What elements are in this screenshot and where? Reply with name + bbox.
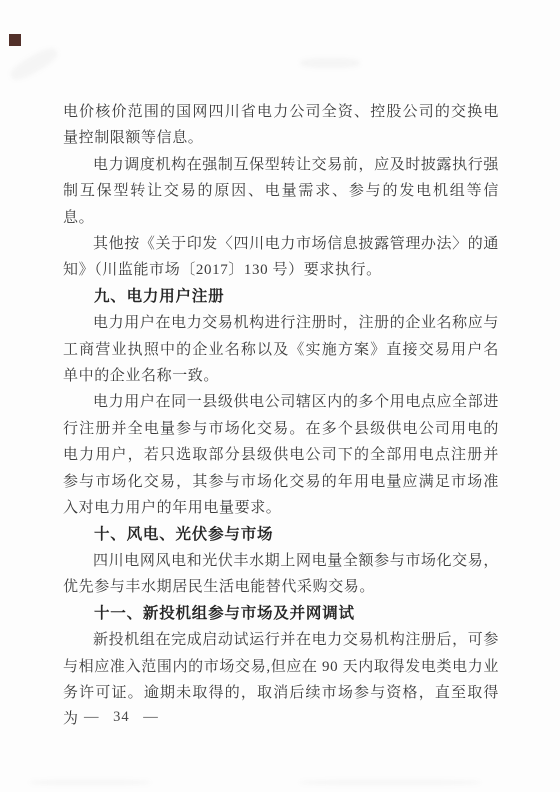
scan-smudge <box>300 58 360 68</box>
paragraph-continued: 电价核价范围的国网四川省电力公司全资、控股公司的交换电量控制限额等信息。 <box>63 99 499 152</box>
document-page: 电价核价范围的国网四川省电力公司全资、控股公司的交换电量控制限额等信息。 电力调… <box>0 0 560 792</box>
paragraph: 其他按《关于印发〈四川电力市场信息披露管理办法〉的通知》（川监能市场〔2017〕… <box>63 231 499 284</box>
scan-smudge <box>300 780 480 785</box>
scan-smudge <box>7 44 60 84</box>
section-heading-10: 十、风电、光伏参与市场 <box>63 522 499 548</box>
page-number: — 34 — <box>84 709 159 726</box>
paragraph: 电力用户在同一县级供电公司辖区内的多个用电点应全部进行注册并全电量参与市场化交易… <box>63 389 499 521</box>
scan-artifact-square <box>9 34 21 46</box>
paragraph: 电力调度机构在强制互保型转让交易前，应及时披露执行强制互保型转让交易的原因、电量… <box>63 152 499 231</box>
scan-smudge <box>30 780 150 785</box>
section-heading-9: 九、电力用户注册 <box>63 284 499 310</box>
paragraph: 电力用户在电力交易机构进行注册时，注册的企业名称应与工商营业执照中的企业名称以及… <box>63 310 499 389</box>
document-body: 电价核价范围的国网四川省电力公司全资、控股公司的交换电量控制限额等信息。 电力调… <box>63 99 499 733</box>
paragraph: 四川电网风电和光伏丰水期上网电量全额参与市场化交易，优先参与丰水期居民生活电能替… <box>63 548 499 601</box>
section-heading-11: 十一、新投机组参与市场及并网调试 <box>63 601 499 627</box>
